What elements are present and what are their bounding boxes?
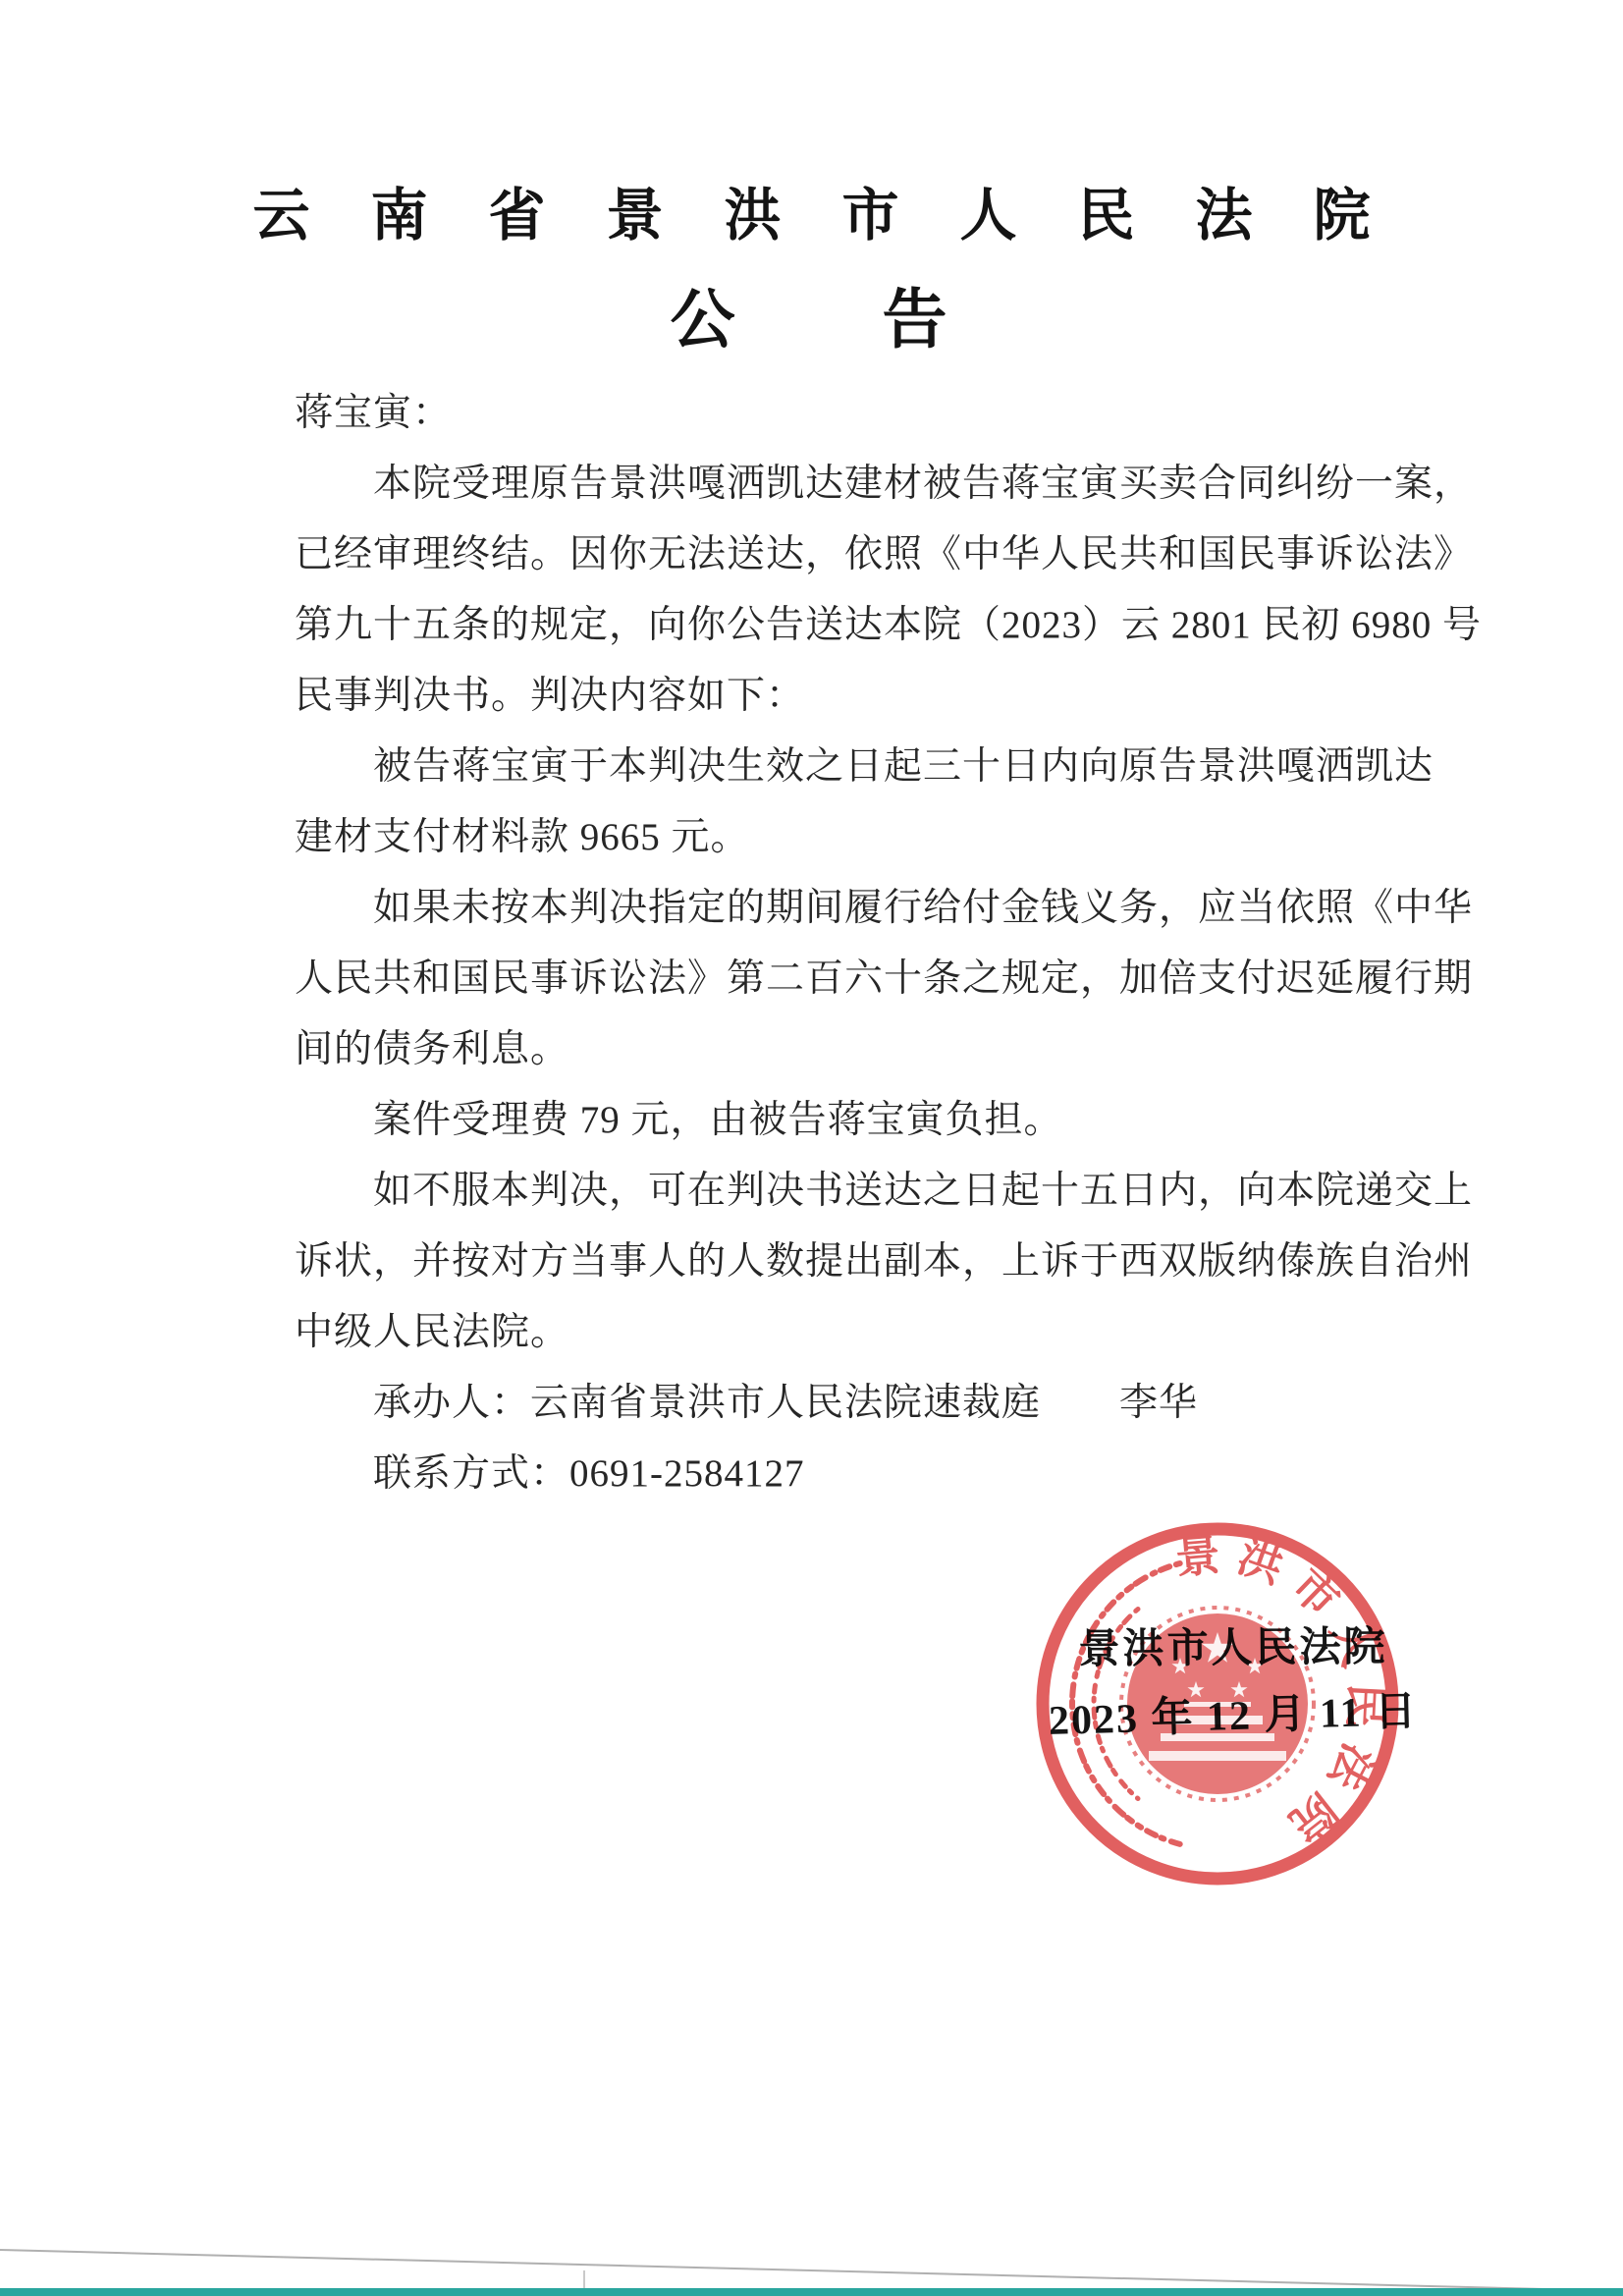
body-line: 本院受理原告景洪嘎洒凯达建材被告蒋宝寅买卖合同纠纷一案， — [295, 449, 1463, 519]
body-line: 民事判决书。判决内容如下： — [295, 661, 1463, 732]
national-emblem — [1121, 1608, 1314, 1800]
body-line: 如不服本判决，可在判决书送达之日起十五日内，向本院递交上 — [295, 1156, 1463, 1227]
court-seal-stamp: 景洪市人民法院 — [1021, 1507, 1414, 1900]
body-line: 第九十五条的规定，向你公告送达本院（2023）云 2801 民初 6980 号 — [295, 590, 1463, 661]
body-line: 如果未按本判决指定的期间履行给付金钱义务，应当依照《中华 — [295, 873, 1463, 944]
body-line: 中级人民法院。 — [295, 1297, 1463, 1368]
court-title: 云南省景洪市人民法院 — [0, 169, 1623, 251]
document-page: 云南省景洪市人民法院 公 告 蒋宝寅： 本院受理原告景洪嘎洒凯达建材被告蒋宝寅买… — [0, 0, 1623, 2296]
scan-edge-strip — [0, 2288, 1623, 2296]
body-line: 联系方式：0691-2584127 — [295, 1439, 1463, 1509]
body-line: 建材支付材料款 9665 元。 — [295, 802, 1463, 873]
seal-graphic: 景洪市人民法院 — [1021, 1507, 1414, 1900]
body-line: 已经审理终结。因你无法送达，依照《中华人民共和国民事诉讼法》 — [295, 519, 1463, 590]
body-line: 承办人：云南省景洪市人民法院速裁庭 李华 — [295, 1368, 1463, 1439]
body-line: 间的债务利息。 — [295, 1014, 1463, 1085]
body-line: 蒋宝寅： — [295, 378, 1463, 449]
body-line: 人民共和国民事诉讼法》第二百六十条之规定，加倍支付迟延履行期 — [295, 944, 1463, 1014]
announcement-title: 公 告 — [0, 267, 1623, 360]
announcement-body: 蒋宝寅： 本院受理原告景洪嘎洒凯达建材被告蒋宝寅买卖合同纠纷一案， 已经审理终结… — [295, 378, 1463, 1509]
body-line: 案件受理费 79 元，由被告蒋宝寅负担。 — [295, 1085, 1463, 1156]
body-line: 被告蒋宝寅于本判决生效之日起三十日内向原告景洪嘎洒凯达 — [295, 732, 1463, 802]
body-line: 诉状，并按对方当事人的人数提出副本，上诉于西双版纳傣族自治州 — [295, 1227, 1463, 1297]
